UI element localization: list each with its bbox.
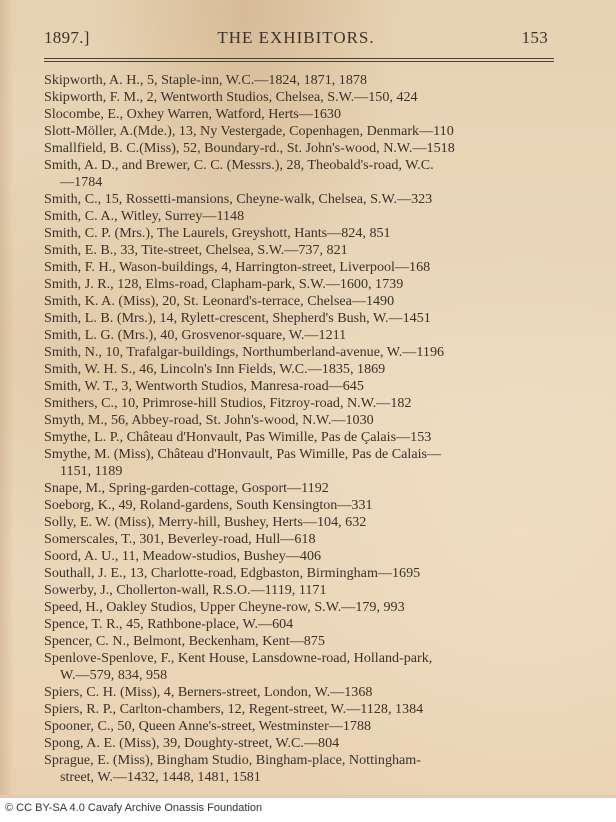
license-credit: © CC BY-SA 4.0 Cavafy Archive Onassis Fo… [5, 802, 262, 814]
entry-text: Smallfield, B. C.(Miss), 52, Boundary-rd… [44, 140, 455, 156]
entry-text: Sprague, E. (Miss), Bingham Studio, Bing… [44, 752, 421, 768]
entry-text: Snape, M., Spring-garden-cottage, Gospor… [44, 480, 329, 496]
exhibitor-entry: Slocombe, E., Oxhey Warren, Watford, Her… [44, 106, 554, 123]
page-number: 153 [522, 28, 548, 48]
exhibitor-entry: Southall, J. E., 13, Charlotte-road, Edg… [44, 565, 554, 582]
exhibitor-entry: Smith, A. D., and Brewer, C. C. (Messrs.… [44, 157, 554, 191]
exhibitor-entry: Spiers, R. P., Carlton-chambers, 12, Reg… [44, 701, 554, 718]
scanned-book-page: 1897.] THE EXHIBITORS. 153 Skipworth, A.… [0, 0, 616, 798]
entry-text: Smith, K. A. (Miss), 20, St. Leonard's-t… [44, 293, 394, 309]
entry-text: Slocombe, E., Oxhey Warren, Watford, Her… [44, 106, 341, 122]
header-rule-top [44, 58, 554, 59]
entry-text: Smith, J. R., 128, Elms-road, Clapham-pa… [44, 276, 403, 292]
exhibitor-entry: Spooner, C., 50, Queen Anne's-street, We… [44, 718, 554, 735]
entry-text: Spence, T. R., 45, Rathbone-place, W.—60… [44, 616, 293, 632]
exhibitor-entry: Spenlove-Spenlove, F., Kent House, Lansd… [44, 650, 554, 684]
exhibitor-entry: Smith, E. B., 33, Tite-street, Chelsea, … [44, 242, 554, 259]
exhibitor-entry: Smythe, L. P., Château d'Honvault, Pas W… [44, 429, 554, 446]
exhibitor-entry: Spence, T. R., 45, Rathbone-place, W.—60… [44, 616, 554, 633]
entry-continuation: W.—579, 834, 958 [60, 667, 167, 683]
entry-text: Spiers, C. H. (Miss), 4, Berners-street,… [44, 684, 372, 700]
exhibitor-entry: Soord, A. U., 11, Meadow-studios, Bushey… [44, 548, 554, 565]
exhibitor-entry: Smallfield, B. C.(Miss), 52, Boundary-rd… [44, 140, 554, 157]
exhibitor-entry: Smith, W. T., 3, Wentworth Studios, Manr… [44, 378, 554, 395]
entry-text: Slott-Möller, A.(Mde.), 13, Ny Vestergad… [44, 123, 454, 139]
entry-text: Smith, A. D., and Brewer, C. C. (Messrs.… [44, 157, 434, 173]
exhibitor-entry: Somerscales, T., 301, Beverley-road, Hul… [44, 531, 554, 548]
entry-text: Smythe, M. (Miss), Château d'Honvault, P… [44, 446, 441, 462]
exhibitor-entry: Snape, M., Spring-garden-cottage, Gospor… [44, 480, 554, 497]
header-rule-bottom [44, 61, 554, 62]
entry-text: Smith, F. H., Wason-buildings, 4, Harrin… [44, 259, 430, 275]
exhibitor-entry: Smith, C. P. (Mrs.), The Laurels, Greysh… [44, 225, 554, 242]
entry-text: Soord, A. U., 11, Meadow-studios, Bushey… [44, 548, 321, 564]
entry-text: Solly, E. W. (Miss), Merry-hill, Bushey,… [44, 514, 366, 530]
entry-text: Smith, N., 10, Trafalgar-buildings, Nort… [44, 344, 444, 360]
exhibitor-entry: Soeborg, K., 49, Roland-gardens, South K… [44, 497, 554, 514]
entry-text: Smith, W. T., 3, Wentworth Studios, Manr… [44, 378, 364, 394]
entry-text: Smith, L. G. (Mrs.), 40, Grosvenor-squar… [44, 327, 346, 343]
exhibitor-entry: Smith, J. R., 128, Elms-road, Clapham-pa… [44, 276, 554, 293]
entry-continuation: 1151, 1189 [60, 463, 122, 479]
page-binding-shadow [0, 0, 14, 798]
exhibitor-entry: Smith, N., 10, Trafalgar-buildings, Nort… [44, 344, 554, 361]
entry-text: Southall, J. E., 13, Charlotte-road, Edg… [44, 565, 420, 581]
entry-text: Skipworth, F. M., 2, Wentworth Studios, … [44, 89, 418, 105]
page-title: THE EXHIBITORS. [44, 28, 548, 48]
exhibitor-entry: Smyth, M., 56, Abbey-road, St. John's-wo… [44, 412, 554, 429]
entry-text: Smith, C., 15, Rossetti-mansions, Cheyne… [44, 191, 432, 207]
entry-text: Somerscales, T., 301, Beverley-road, Hul… [44, 531, 316, 547]
exhibitor-entry: Solly, E. W. (Miss), Merry-hill, Bushey,… [44, 514, 554, 531]
entry-text: Smithers, C., 10, Primrose-hill Studios,… [44, 395, 411, 411]
exhibitor-entry: Skipworth, F. M., 2, Wentworth Studios, … [44, 89, 554, 106]
exhibitor-entry: Smith, C., 15, Rossetti-mansions, Cheyne… [44, 191, 554, 208]
entry-text: Spencer, C. N., Belmont, Beckenham, Kent… [44, 633, 325, 649]
entry-text: Smith, L. B. (Mrs.), 14, Rylett-crescent… [44, 310, 431, 326]
entry-text: Smith, E. B., 33, Tite-street, Chelsea, … [44, 242, 348, 258]
entry-text: Smith, C. P. (Mrs.), The Laurels, Greysh… [44, 225, 391, 241]
exhibitor-entry: Sowerby, J., Chollerton-wall, R.S.O.—111… [44, 582, 554, 599]
exhibitor-entry: Sprague, E. (Miss), Bingham Studio, Bing… [44, 752, 554, 786]
exhibitor-entry: Spong, A. E. (Miss), 39, Doughty-street,… [44, 735, 554, 752]
entry-text: Speed, H., Oakley Studios, Upper Cheyne-… [44, 599, 405, 615]
entry-text: Spenlove-Spenlove, F., Kent House, Lansd… [44, 650, 432, 666]
entry-text: Soeborg, K., 49, Roland-gardens, South K… [44, 497, 373, 513]
exhibitor-entry: Spiers, C. H. (Miss), 4, Berners-street,… [44, 684, 554, 701]
running-header: 1897.] THE EXHIBITORS. 153 [44, 28, 548, 50]
entry-text: Spiers, R. P., Carlton-chambers, 12, Reg… [44, 701, 423, 717]
entry-text: Sowerby, J., Chollerton-wall, R.S.O.—111… [44, 582, 327, 598]
exhibitor-entry: Slott-Möller, A.(Mde.), 13, Ny Vestergad… [44, 123, 554, 140]
exhibitor-entry: Smythe, M. (Miss), Château d'Honvault, P… [44, 446, 554, 480]
exhibitor-entry: Smith, W. H. S., 46, Lincoln's Inn Field… [44, 361, 554, 378]
entry-text: Spooner, C., 50, Queen Anne's-street, We… [44, 718, 371, 734]
exhibitor-entry: Skipworth, A. H., 5, Staple-inn, W.C.—18… [44, 72, 554, 89]
exhibitor-list: Skipworth, A. H., 5, Staple-inn, W.C.—18… [44, 72, 554, 786]
exhibitor-entry: Smith, L. G. (Mrs.), 40, Grosvenor-squar… [44, 327, 554, 344]
entry-text: Smith, W. H. S., 46, Lincoln's Inn Field… [44, 361, 385, 377]
exhibitor-entry: Spencer, C. N., Belmont, Beckenham, Kent… [44, 633, 554, 650]
entry-continuation: —1784 [60, 174, 102, 190]
entry-text: Spong, A. E. (Miss), 39, Doughty-street,… [44, 735, 339, 751]
entry-text: Smyth, M., 56, Abbey-road, St. John's-wo… [44, 412, 374, 428]
entry-text: Skipworth, A. H., 5, Staple-inn, W.C.—18… [44, 72, 367, 88]
entry-text: Smythe, L. P., Château d'Honvault, Pas W… [44, 429, 431, 445]
exhibitor-entry: Smith, C. A., Witley, Surrey—1148 [44, 208, 554, 225]
entry-text: Smith, C. A., Witley, Surrey—1148 [44, 208, 244, 224]
exhibitor-entry: Smith, L. B. (Mrs.), 14, Rylett-crescent… [44, 310, 554, 327]
exhibitor-entry: Speed, H., Oakley Studios, Upper Cheyne-… [44, 599, 554, 616]
entry-continuation: street, W.—1432, 1448, 1481, 1581 [60, 769, 261, 785]
exhibitor-entry: Smith, K. A. (Miss), 20, St. Leonard's-t… [44, 293, 554, 310]
exhibitor-entry: Smithers, C., 10, Primrose-hill Studios,… [44, 395, 554, 412]
exhibitor-entry: Smith, F. H., Wason-buildings, 4, Harrin… [44, 259, 554, 276]
